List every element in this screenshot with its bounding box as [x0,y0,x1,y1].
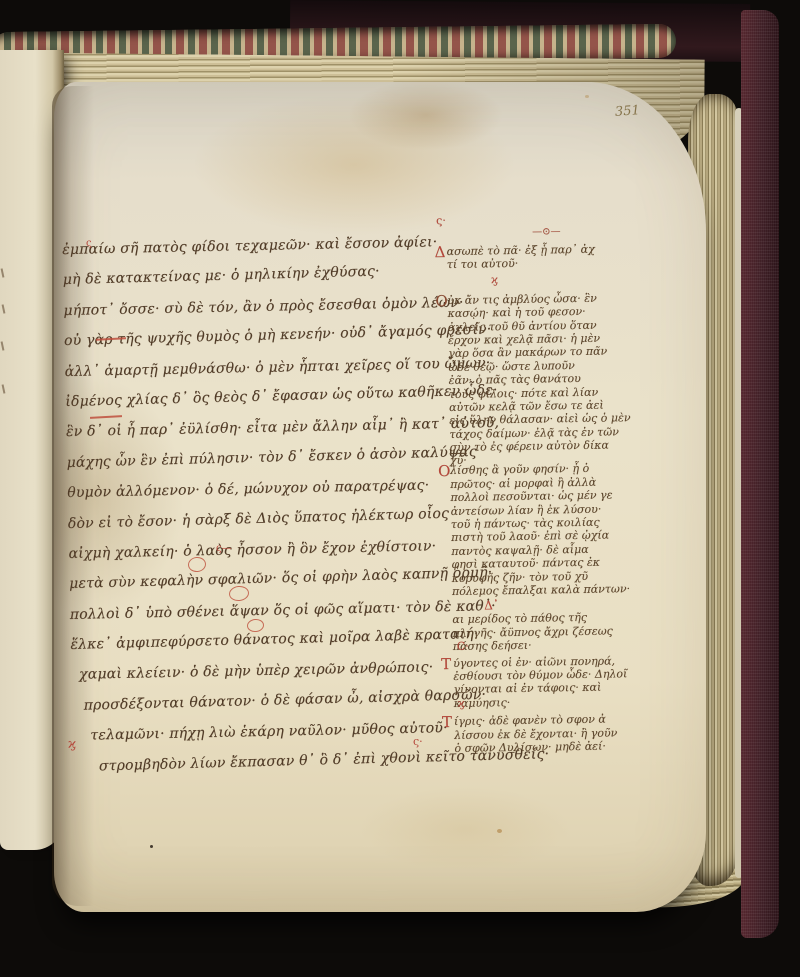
rubric-tail-mark: Ϲ· [457,640,469,653]
book-cover-right [741,10,779,938]
stain-spot [497,829,502,833]
commentary-paragraph: Δασωπὲ τὸ πᾶ· ἐξ ᾗ παρ᾽ ἀχ τί τοι αὐτοῦ· [446,242,646,272]
rubric-sign: ς [86,238,92,249]
ink-speck [150,845,153,848]
manuscript-photo: 351 ἐμπαίω σῆ πατὸς φίδοι τεχαμεῶν· καὶ … [0,0,800,977]
commentary-paragraph: Τύγοντες οἱ ἐν· αἰῶνι πονηρά, ἐσθίουσι τ… [453,653,654,710]
rubric-sign: ς— [216,543,232,554]
commentary-line: τί τοι αὐτοῦ· [447,255,647,272]
commentary-column: ς· —⊙— Δασωπὲ τὸ πᾶ· ἐξ ᾗ παρ᾽ ἀχ τί τοι… [446,211,654,755]
rubric-initial: Ο [435,292,448,310]
rubric-kai-ornament: ϗ [491,271,647,286]
commentary-paragraph: Τίγρις· ἀδὲ φανὲν τὸ σφον ἀ λίσσου ἐκ δὲ… [454,712,655,755]
rubric-initial: Τ [441,655,451,673]
rubric-initial: Ο [438,462,451,480]
commentary-paragraph: αι μερίδος τὸ πάθος τῆς πληγῆς· ἄϋπνος ἄ… [452,610,653,653]
commentary-line: σὺν τὸ ἐς φέρειν αὐτὸν δίκα [450,438,650,455]
rubric-initial: Τ [442,713,452,731]
rubric-initial: Δ [434,243,445,261]
rubric-tail-mark: ϗ [458,696,465,709]
rubric-margin-ref: ς· [413,735,423,748]
folio-number: 351 [615,103,641,120]
commentary-paragraph: Οὐκ ἄν τις ἀμβλύος ὦσα· ἓν κασῴη· καὶ ἡ … [447,291,649,455]
rubric-kai-sign: ϗ [68,737,76,752]
rubric-ornament: —⊙— [446,225,646,242]
commentary-paragraph: Ολίσθης ἃ γοῦν φησίν· ᾗ ὁ πρῶτος· αἱ μορ… [450,461,652,598]
main-text-block: ἐμπαίω σῆ πατὸς φίδοι τεχαμεῶν· καὶ ἔσσο… [62,234,455,789]
stain-spot [585,95,589,98]
